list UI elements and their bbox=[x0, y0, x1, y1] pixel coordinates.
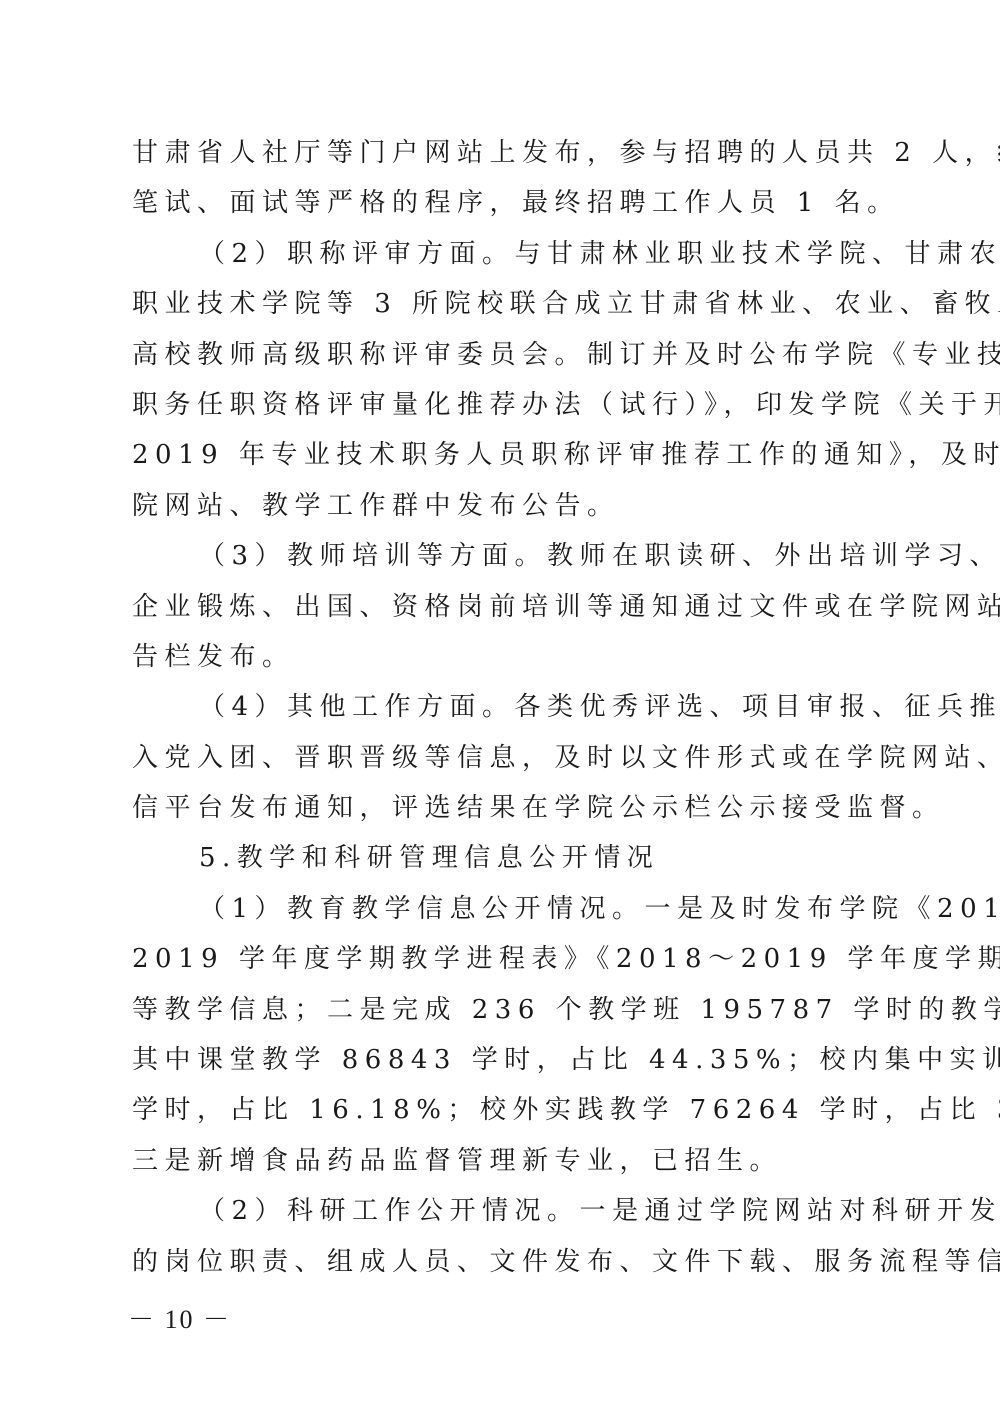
body-text: 甘肃省人社厅等门户网站上发布，参与招聘的人员共 2 人，经过 笔试、面试等严格的… bbox=[132, 128, 872, 1287]
text-line-22-paragraph-research-info: （2）科研工作公开情况。一是通过学院网站对科研开发处 bbox=[132, 1186, 872, 1236]
text-line-11: 告栏发布。 bbox=[132, 632, 872, 682]
text-line-19: 其中课堂教学 86843 学时，占比 44.35%；校内集中实训 31680 bbox=[132, 1035, 872, 1085]
text-line-13: 入党入团、晋职晋级等信息，及时以文件形式或在学院网站、微 bbox=[132, 733, 872, 783]
text-line-8: 院网站、教学工作群中发布公告。 bbox=[132, 481, 872, 531]
text-line-17: 2019 学年度学期教学进程表》《2018～2019 学年度学期课程表》 bbox=[132, 934, 872, 984]
text-line-23: 的岗位职责、组成人员、文件发布、文件下载、服务流程等信息 bbox=[132, 1237, 872, 1287]
text-line-1: 甘肃省人社厅等门户网站上发布，参与招聘的人员共 2 人，经过 bbox=[132, 128, 872, 178]
text-line-12-paragraph-other-work: （4）其他工作方面。各类优秀评选、项目审报、征兵推荐、 bbox=[132, 682, 872, 732]
document-page: 甘肃省人社厅等门户网站上发布，参与招聘的人员共 2 人，经过 笔试、面试等严格的… bbox=[0, 0, 1000, 1414]
text-line-7: 2019 年专业技术职务人员职称评审推荐工作的通知》，及时在学 bbox=[132, 430, 872, 480]
text-line-14: 信平台发布通知，评选结果在学院公示栏公示接受监督。 bbox=[132, 783, 872, 833]
text-line-18: 等教学信息；二是完成 236 个教学班 195787 学时的教学任务。 bbox=[132, 985, 872, 1035]
section-heading-teaching-research: 5.教学和科研管理信息公开情况 bbox=[132, 833, 872, 883]
text-line-16-paragraph-education-info: （1）教育教学信息公开情况。一是及时发布学院《2018～ bbox=[132, 884, 872, 934]
page-number: － 10 － bbox=[128, 1302, 231, 1338]
text-line-21: 三是新增食品药品监督管理新专业，已招生。 bbox=[132, 1136, 872, 1186]
text-line-3-paragraph-title-evaluation: （2）职称评审方面。与甘肃林业职业技术学院、甘肃农业 bbox=[132, 229, 872, 279]
text-line-20: 学时，占比 16.18%；校外实践教学 76264 学时，占比 39.36%。 bbox=[132, 1085, 872, 1135]
text-line-9-paragraph-teacher-training: （3）教师培训等方面。教师在职读研、外出培训学习、进 bbox=[132, 531, 872, 581]
text-line-4: 职业技术学院等 3 所院校联合成立甘肃省林业、农业、畜牧工程 bbox=[132, 279, 872, 329]
text-line-6: 职务任职资格评审量化推荐办法（试行）》，印发学院《关于开展 bbox=[132, 380, 872, 430]
text-line-2: 笔试、面试等严格的程序，最终招聘工作人员 1 名。 bbox=[132, 178, 872, 228]
text-line-5: 高校教师高级职称评审委员会。制订并及时公布学院《专业技术 bbox=[132, 330, 872, 380]
text-line-10: 企业锻炼、出国、资格岗前培训等通知通过文件或在学院网站公 bbox=[132, 582, 872, 632]
